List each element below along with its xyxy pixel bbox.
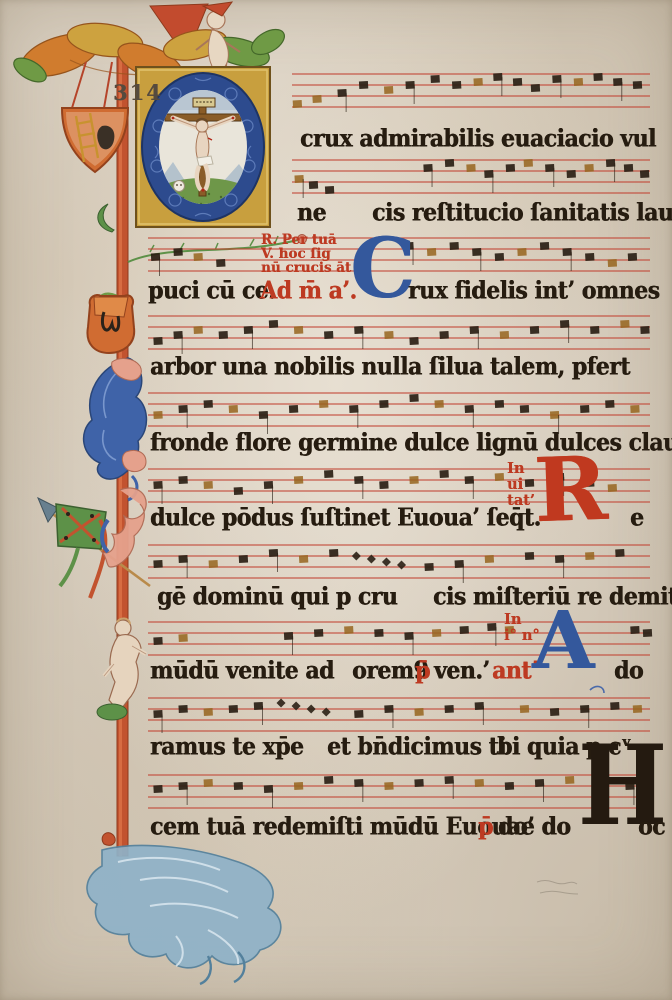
rubric-block: R. Per tuā V. hoc ſig nū crucis āt <box>261 233 351 275</box>
chant-line-7a: gē dominū qui p cru <box>157 582 397 611</box>
chant-line-2a: ne <box>297 198 326 227</box>
chant-line-1: crux admirabilis euaciacio vul <box>300 124 656 153</box>
chant-line-10a: cem tuā redemiſti mūdū Euouae <box>150 812 534 841</box>
chant-line-2b: cis reſtitucio ſanitatis laud’ <box>372 198 672 227</box>
chant-line-3a: puci cū ce. <box>148 276 275 305</box>
initial-A: A <box>532 606 594 675</box>
chant-line-10-per: p̄ <box>478 812 493 841</box>
chant-line-8c: ven.’ <box>434 656 490 685</box>
folio-number: 314 <box>113 80 163 105</box>
chant-line-8a: mūdū venite ad <box>150 656 334 685</box>
chant-line-6a: dulce pōdus ſuſtinet Euoua’ ſeq̄t. <box>150 503 541 532</box>
chant-line-3-rubric: Ad m̄ a’. <box>260 276 357 305</box>
chant-line-8-per: p̄ <box>415 656 430 685</box>
chant-line-10c: oc <box>638 812 665 841</box>
chant-line-9b: et bn̄dicimus ti <box>327 732 506 761</box>
chant-line-9a: ramus te xp̄e <box>150 732 303 761</box>
chant-line-4: arbor una nobilis nulla ſilua talem, pfe… <box>150 352 630 381</box>
rubric-versicle: V. hoc ſig <box>261 247 351 261</box>
invitatory-rubric-stack: In ui tat’ <box>507 461 535 509</box>
chant-line-8d: do <box>614 656 643 685</box>
manuscript-page: 314 crux admirabilis euaciacio vul ne ci… <box>0 0 672 1000</box>
chant-line-3b: rux fidelis int’ omnes <box>408 276 660 305</box>
chant-line-6b: e <box>630 503 644 532</box>
chant-line-10b: do’ do <box>498 812 570 841</box>
initial-C: C <box>350 234 415 305</box>
rubric-responsory: R. Per tuā <box>261 233 351 247</box>
rubric-line3: nū crucis āt <box>261 261 351 275</box>
initial-R: R <box>533 451 609 529</box>
chant-text: 314 crux admirabilis euaciacio vul ne ci… <box>0 0 672 1000</box>
